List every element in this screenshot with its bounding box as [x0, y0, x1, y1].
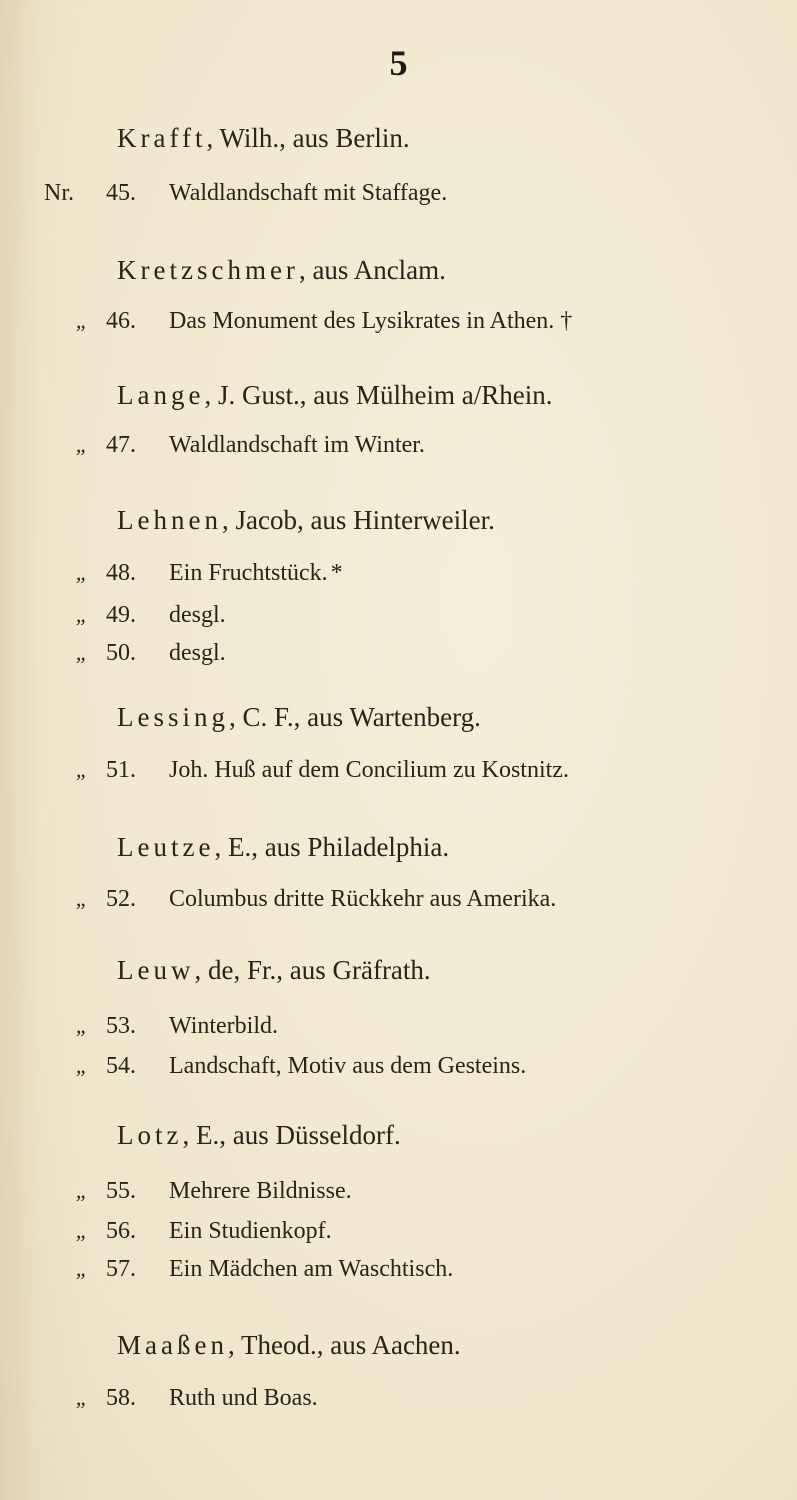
asterisk-mark: * — [331, 560, 343, 586]
entry-number: 56. — [106, 1218, 154, 1245]
ditto-mark: „ — [44, 1013, 88, 1039]
entry-title: desgl. — [169, 602, 226, 629]
artist-heading: Lange, J. Gust., aus Mülheim a/Rhein. — [117, 380, 552, 411]
artist-details: , Theod., aus Aachen. — [228, 1330, 461, 1360]
entry-title: Ein Studienkopf. — [169, 1218, 332, 1245]
entry-title-text: Das Monument des Lysikrates in Athen. — [169, 308, 554, 334]
ditto-mark: „ — [44, 602, 88, 628]
ditto-mark: „ — [44, 560, 88, 586]
catalog-entry: „ 55. Mehrere Bildnisse. — [44, 1178, 744, 1208]
artist-surname: Lotz — [117, 1120, 182, 1150]
catalog-entry: „ 57. Ein Mädchen am Waschtisch. — [44, 1256, 744, 1286]
catalog-entry: „ 52. Columbus dritte Rückkehr aus Ameri… — [44, 886, 764, 916]
ditto-mark: „ — [44, 308, 88, 334]
artist-heading: Maaßen, Theod., aus Aachen. — [117, 1330, 461, 1361]
artist-details: , Wilh., aus Berlin. — [206, 123, 409, 153]
catalog-entry: „ 56. Ein Studienkopf. — [44, 1218, 744, 1248]
entry-title: Ein Fruchtstück.* — [169, 560, 343, 587]
entry-number: 57. — [106, 1256, 154, 1283]
entry-title: Landschaft, Motiv aus dem Gesteins. — [169, 1053, 526, 1080]
entry-number: 55. — [106, 1178, 154, 1205]
artist-details: , de, Fr., aus Gräfrath. — [194, 955, 430, 985]
entry-number: 49. — [106, 602, 154, 629]
catalog-page: 5 Krafft, Wilh., aus Berlin. Nr. 45. Wal… — [0, 0, 797, 1500]
artist-heading: Lotz, E., aus Düsseldorf. — [117, 1120, 401, 1151]
catalog-entry: „ 47. Waldlandschaft im Winter. — [44, 432, 744, 462]
dagger-mark: † — [560, 308, 572, 334]
catalog-entry: „ 51. Joh. Huß auf dem Concilium zu Kost… — [44, 757, 764, 787]
entry-number: 51. — [106, 757, 154, 784]
ditto-mark: „ — [44, 757, 88, 783]
entry-number: 45. — [106, 180, 154, 207]
artist-heading: Kretzschmer, aus Anclam. — [117, 255, 446, 286]
ditto-mark: „ — [44, 640, 88, 666]
artist-details: , aus Anclam. — [299, 255, 446, 285]
entry-number: 47. — [106, 432, 154, 459]
artist-details: , C. F., aus Wartenberg. — [229, 702, 481, 732]
page-number: 5 — [0, 42, 797, 84]
artist-details: , E., aus Philadelphia. — [214, 832, 449, 862]
entry-title: Ein Mädchen am Waschtisch. — [169, 1256, 453, 1283]
ditto-mark: „ — [44, 1178, 88, 1204]
catalog-entry: Nr. 45. Waldlandschaft mit Staffage. — [44, 180, 744, 210]
entry-number: 58. — [106, 1385, 154, 1412]
artist-surname: Lehnen — [117, 505, 222, 535]
artist-surname: Kretzschmer — [117, 255, 299, 285]
ditto-mark: „ — [44, 886, 88, 912]
artist-surname: Leutze — [117, 832, 214, 862]
entry-title: Ruth und Boas. — [169, 1385, 318, 1412]
entry-title-text: Waldlandschaft mit Staffage. — [169, 180, 447, 206]
ditto-mark: „ — [44, 1385, 88, 1411]
entry-title: Joh. Huß auf dem Concilium zu Kostnitz. — [169, 757, 569, 784]
artist-details: , J. Gust., aus Mülheim a/Rhein. — [204, 380, 552, 410]
artist-heading: Leuw, de, Fr., aus Gräfrath. — [117, 955, 431, 986]
entry-number: 52. — [106, 886, 154, 913]
entry-title: Waldlandschaft im Winter. — [169, 432, 425, 459]
catalog-entry: „ 58. Ruth und Boas. — [44, 1385, 744, 1415]
ditto-mark: „ — [44, 1256, 88, 1282]
ditto-mark: „ — [44, 1053, 88, 1079]
catalog-entry: „ 54. Landschaft, Motiv aus dem Gesteins… — [44, 1053, 744, 1083]
ditto-mark: „ — [44, 432, 88, 458]
catalog-entry: „ 50. desgl. — [44, 640, 744, 670]
artist-surname: Krafft — [117, 123, 206, 153]
artist-surname: Lange — [117, 380, 204, 410]
catalog-entry: „ 46. Das Monument des Lysikrates in Ath… — [44, 308, 744, 338]
artist-surname: Maaßen — [117, 1330, 228, 1360]
entry-title: Columbus dritte Rückkehr aus Amerika. — [169, 886, 556, 913]
artist-heading: Krafft, Wilh., aus Berlin. — [117, 123, 410, 154]
artist-heading: Lehnen, Jacob, aus Hinterweiler. — [117, 505, 495, 536]
artist-surname: Leuw — [117, 955, 194, 985]
catalog-entry: „ 53. Winterbild. — [44, 1013, 744, 1043]
artist-heading: Leutze, E., aus Philadelphia. — [117, 832, 449, 863]
artist-details: , E., aus Düsseldorf. — [182, 1120, 400, 1150]
artist-surname: Lessing — [117, 702, 229, 732]
entry-title: Waldlandschaft mit Staffage. — [169, 180, 447, 207]
ditto-mark: „ — [44, 1218, 88, 1244]
catalog-entry: „ 49. desgl. — [44, 602, 744, 632]
entry-prefix: Nr. — [44, 180, 104, 207]
entry-title-text: Ein Fruchtstück. — [169, 560, 328, 586]
entry-number: 54. — [106, 1053, 154, 1080]
artist-heading: Lessing, C. F., aus Wartenberg. — [117, 702, 481, 733]
entry-number: 46. — [106, 308, 154, 335]
entry-title: Mehrere Bildnisse. — [169, 1178, 352, 1205]
entry-number: 50. — [106, 640, 154, 667]
entry-title: Das Monument des Lysikrates in Athen.† — [169, 308, 572, 335]
artist-details: , Jacob, aus Hinterweiler. — [222, 505, 495, 535]
entry-title: Winterbild. — [169, 1013, 278, 1040]
entry-number: 48. — [106, 560, 154, 587]
entry-number: 53. — [106, 1013, 154, 1040]
entry-title: desgl. — [169, 640, 226, 667]
catalog-entry: „ 48. Ein Fruchtstück.* — [44, 560, 744, 590]
